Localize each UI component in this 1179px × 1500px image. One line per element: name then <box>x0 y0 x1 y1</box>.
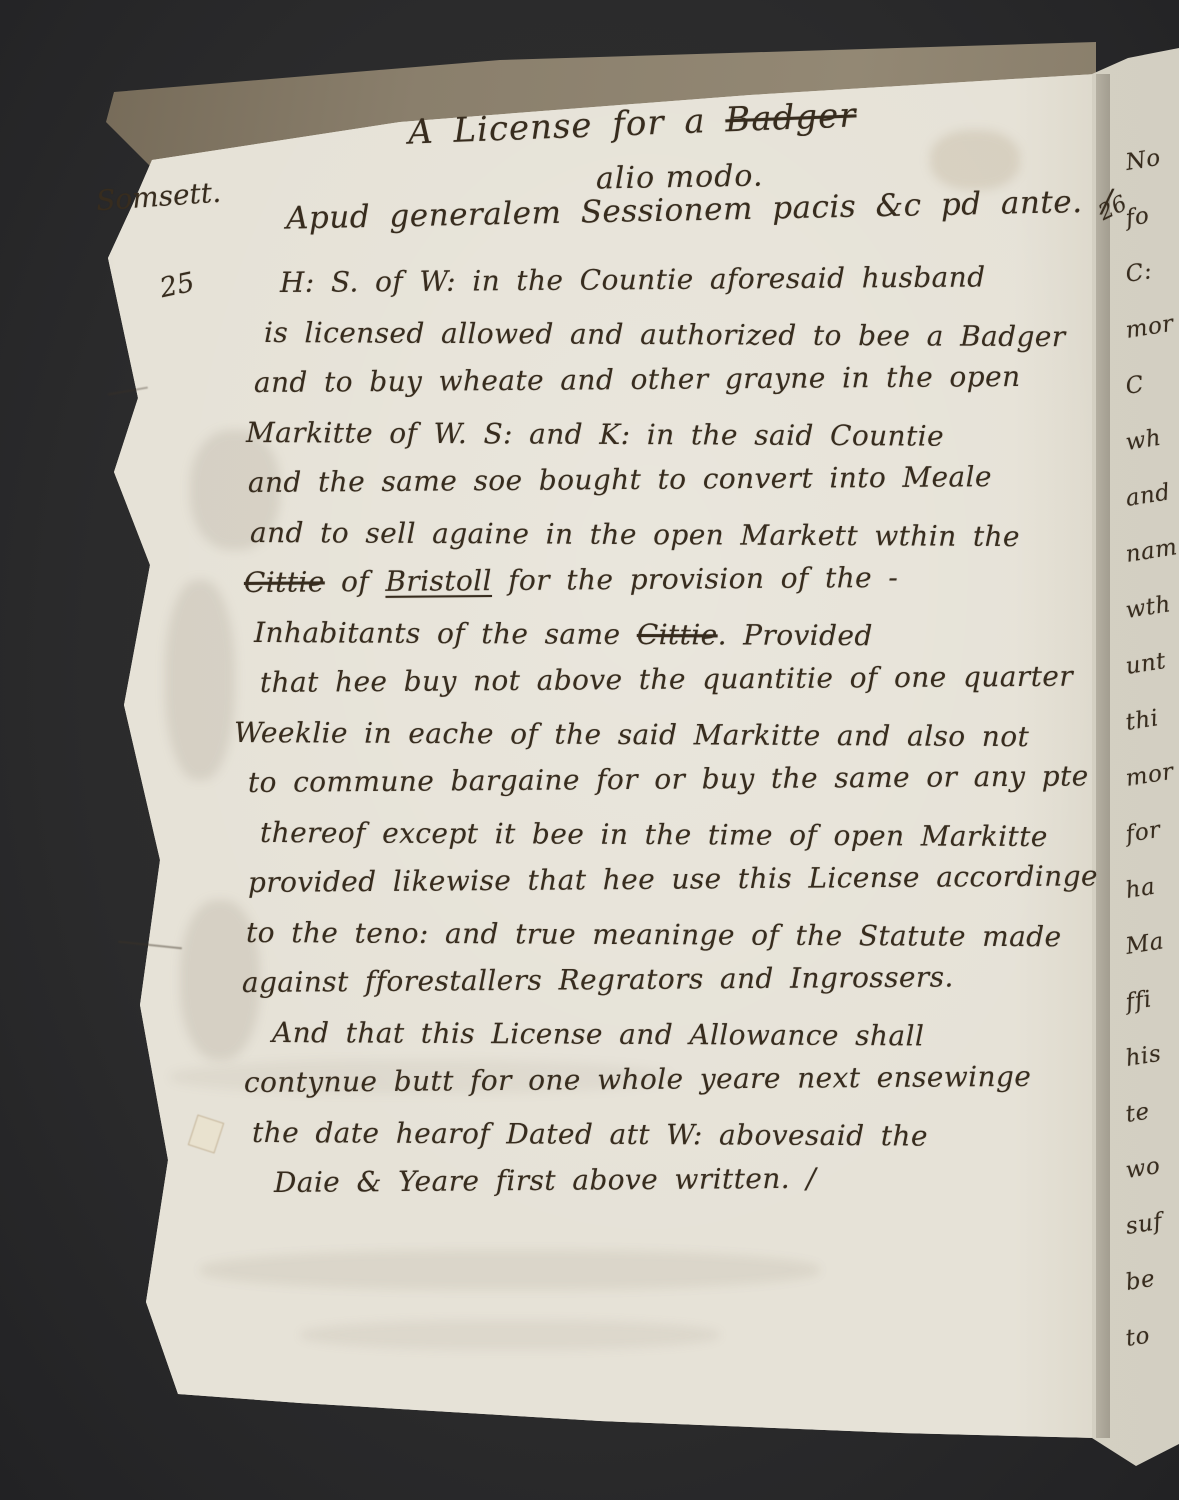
manuscript-photo: A License for a Badger alio modo. Apud g… <box>0 0 1179 1500</box>
edge-text-fragment: wo <box>1124 1150 1179 1213</box>
bleed-through-mark <box>300 1320 720 1350</box>
text-segment: . Provided <box>718 618 873 652</box>
edge-text-fragment: for <box>1124 814 1179 877</box>
manuscript-line: and the same soe bought to convert into … <box>248 459 1094 516</box>
text-segment: of <box>325 565 386 598</box>
edge-text-fragment: mor <box>1124 758 1179 821</box>
bleed-through-mark <box>165 580 235 780</box>
text-segment: to commune bargaine for or buy the same … <box>248 759 1089 799</box>
text-segment: Cittie <box>637 618 718 651</box>
edge-text-fragment: unt <box>1124 646 1179 709</box>
edge-text-fragment: and <box>1124 478 1179 541</box>
edge-text-fragment: C <box>1124 366 1179 429</box>
text-segment: And that this License and Allowance shal… <box>272 1016 924 1052</box>
edge-text-fragment: te <box>1124 1094 1179 1157</box>
text-segment: H: S. of W: in the Countie aforesaid hus… <box>280 260 986 299</box>
text-segment: that hee buy not above the quantitie of … <box>260 660 1073 699</box>
bleed-through-mark <box>200 1250 820 1290</box>
text-segment: contynue butt for one whole yeare next e… <box>244 1060 1032 1099</box>
edge-text-fragment: his <box>1124 1038 1179 1101</box>
manuscript-line: contynue butt for one whole yeare next e… <box>244 1059 1094 1116</box>
text-segment: is licensed allowed and authorized to be… <box>264 316 1066 353</box>
heading-struck-word: Badger <box>725 95 858 140</box>
edge-text-fragment: ha <box>1124 870 1179 933</box>
edge-text-fragment: nam <box>1124 534 1179 597</box>
text-segment: and the same soe bought to convert into … <box>248 460 992 499</box>
body-text: H: S. of W: in the Countie aforesaid hus… <box>234 266 1094 1216</box>
manuscript-line: Daie & Yeare first above written. / <box>274 1160 1094 1216</box>
edge-text-fragment: to <box>1124 1318 1179 1381</box>
edge-text-fragment: fo <box>1124 198 1179 261</box>
edge-text-fragment: mor <box>1124 310 1179 373</box>
text-segment: Cittie <box>244 565 325 599</box>
text-segment: and to sell againe in the open Markett w… <box>250 516 1020 553</box>
text-segment: Markitte of W. S: and K: in the said Cou… <box>246 416 944 453</box>
manuscript-line: to commune bargaine for or buy the same … <box>248 759 1094 816</box>
edge-text-fragment: wh <box>1124 422 1179 485</box>
text-segment: thereof except it bee in the time of ope… <box>260 816 1048 853</box>
text-segment: the date hearof Dated att W: abovesaid t… <box>252 1116 928 1153</box>
text-segment: against fforestallers Regrators and Ingr… <box>242 960 954 999</box>
edge-text-fragment: Ma <box>1124 926 1179 989</box>
text-segment: Inhabitants of the same <box>254 616 637 651</box>
right-page-fragments: NofoC:morCwhandnamwthuntthimorforhaMaffi… <box>1128 146 1178 1378</box>
text-segment: for the provision of the - <box>492 561 899 597</box>
text-segment: Bristoll <box>385 564 492 598</box>
manuscript-line: provided likewise that hee use this Lice… <box>248 859 1094 916</box>
text-segment: and to buy wheate and other grayne in th… <box>254 360 1021 399</box>
manuscript-line: Cittie of Bristoll for the provision of … <box>244 559 1094 616</box>
manuscript-line: and to buy wheate and other grayne in th… <box>254 359 1094 416</box>
edge-text-fragment: No <box>1124 142 1179 205</box>
edge-text-fragment: C: <box>1124 254 1179 317</box>
edge-text-fragment: thi <box>1124 702 1179 765</box>
manuscript-line: H: S. of W: in the Countie aforesaid hus… <box>280 260 1094 316</box>
edge-text-fragment: suf <box>1124 1206 1179 1269</box>
edge-text-fragment: ffi <box>1124 982 1179 1045</box>
text-segment: to the teno: and true meaninge of the St… <box>246 916 1062 953</box>
text-segment: provided likewise that hee use this Lice… <box>248 859 1098 899</box>
text-segment: Daie & Yeare first above written. / <box>274 1162 816 1199</box>
paper-stain <box>930 130 1020 190</box>
edge-text-fragment: wth <box>1124 590 1179 653</box>
edge-text-fragment: be <box>1124 1262 1179 1325</box>
text-segment: Weeklie in eache of the said Markitte an… <box>234 716 1029 753</box>
manuscript-line: that hee buy not above the quantitie of … <box>260 659 1094 716</box>
manuscript-line: against fforestallers Regrators and Ingr… <box>242 959 1094 1016</box>
